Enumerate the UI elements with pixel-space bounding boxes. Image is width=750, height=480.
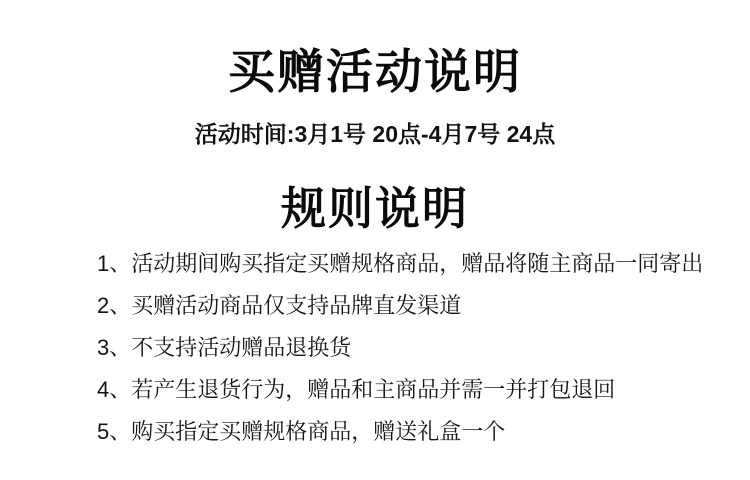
rule-item: 1、活动期间购买指定买赠规格商品，赠品将随主商品一同寄出 (97, 243, 750, 285)
rule-item: 4、若产生退货行为，赠品和主商品并需一并打包退回 (97, 369, 750, 411)
rule-item: 2、买赠活动商品仅支持品牌直发渠道 (97, 285, 750, 327)
activity-time-text: 活动时间:3月1号 20点-4月7号 24点 (0, 123, 750, 146)
rule-item: 5、购买指定买赠规格商品，赠送礼盒一个 (97, 411, 750, 453)
page-title: 买赠活动说明 (0, 0, 750, 95)
rule-item: 3、不支持活动赠品退换货 (97, 327, 750, 369)
rules-list: 1、活动期间购买指定买赠规格商品，赠品将随主商品一同寄出2、买赠活动商品仅支持品… (97, 243, 750, 453)
rules-section-heading: 规则说明 (0, 186, 750, 231)
promo-rules-poster: 买赠活动说明 活动时间:3月1号 20点-4月7号 24点 规则说明 1、活动期… (0, 0, 750, 480)
